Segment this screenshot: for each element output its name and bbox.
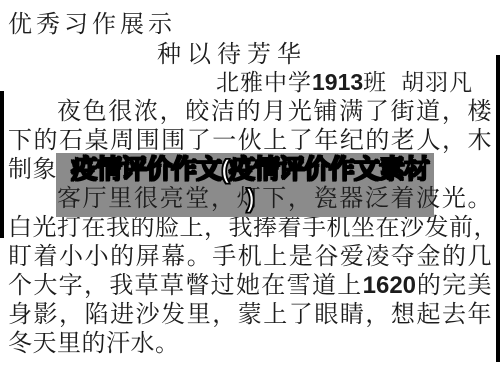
body-line-6: 盯着小小的屏幕。手机上是谷爱凌夺金的几 <box>8 243 492 271</box>
watermark-text-line2: ) <box>0 183 500 213</box>
body-line-8: 身影，陷进沙发里，蒙上了眼睛，想起去年 <box>8 301 492 329</box>
byline-author: 胡羽凡 <box>401 70 473 95</box>
right-edge-bar <box>496 55 500 362</box>
body-line-9: 冬天里的汗水。 <box>8 330 492 358</box>
body-line-7-text: 个大字，我草草瞥过她在雪道上 <box>8 273 363 299</box>
byline-class-number: 1913 <box>312 69 363 95</box>
watermark-text-line1: 疫情评价作文(疫情评价作文素材 <box>0 154 500 184</box>
body-line-5: 白光打在我的脸上，我捧着手机坐在沙发前， <box>8 214 492 242</box>
left-edge-bar <box>0 91 4 238</box>
byline-class-label: 班 <box>363 70 387 95</box>
body-line-7-text-end: 的完美 <box>416 273 492 299</box>
body-line-1: 夜色很浓，皎洁的月光铺满了街道，楼 <box>57 98 492 126</box>
body-line-7-number: 1620 <box>363 272 416 299</box>
section-header: 优秀习作展示 <box>8 4 176 39</box>
body-line-7: 个大字，我草草瞥过她在雪道上1620的完美 <box>8 272 492 300</box>
body-line-2: 下的石桌周围围了一伙上了年纪的老人，木 <box>8 127 492 155</box>
byline: 北雅中学1913班胡羽凡 <box>216 64 473 97</box>
byline-school: 北雅中学 <box>216 70 312 95</box>
document-page: 优秀习作展示 种以待芳华 北雅中学1913班胡羽凡 夜色很浓，皎洁的月光铺满了街… <box>0 0 500 375</box>
